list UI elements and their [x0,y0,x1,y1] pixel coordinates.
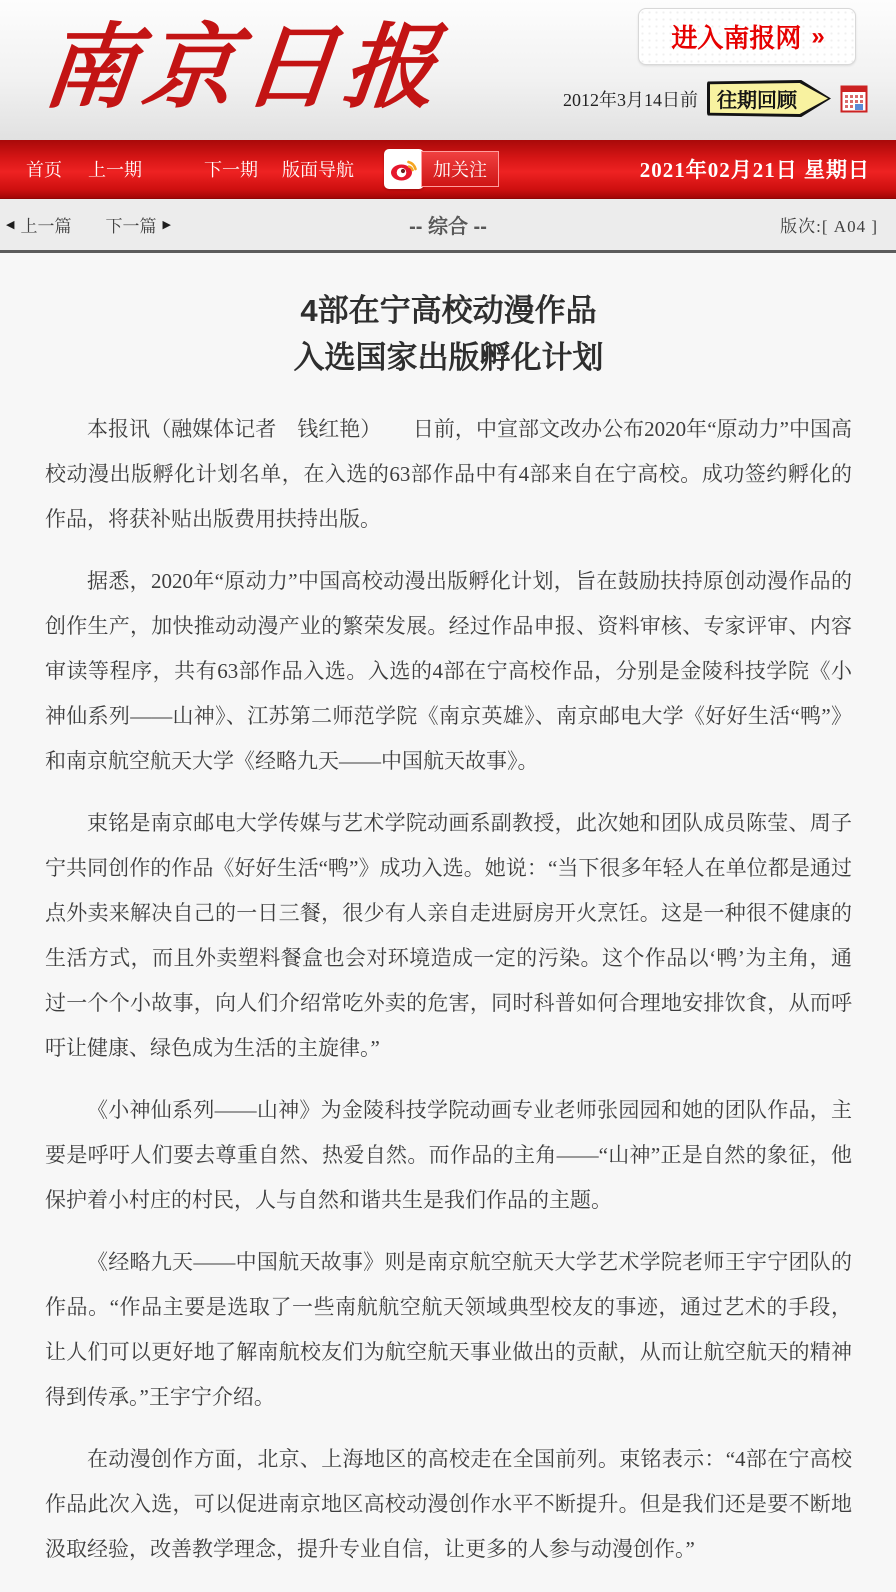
archive-row: 2012年3月14日前 往期回顾 [563,80,868,117]
prev-article-label: 上一篇 [20,212,71,237]
double-chevron-icon: » [811,23,822,51]
right-triangle-icon: ▶ [162,218,170,231]
article-title: 4部在宁高校动漫作品 入选国家出版孵化计划 [45,287,852,381]
article-paragraph: 《小神仙系列——山神》为金陵科技学院动画专业老师张园园和她的团队作品，主要是呼吁… [45,1088,852,1223]
nav-home[interactable]: 首页 [26,156,62,182]
next-article-label: 下一篇 [105,212,156,237]
enter-nanbao-button[interactable]: 进入南报网 » [638,8,856,65]
nav-next-issue[interactable]: 下一期 [204,156,258,182]
page-number: 版次:[ A04 ] [780,212,878,237]
article-body: 本报讯（融媒体记者 钱红艳） 日前，中宣部文改办公布2020年“原动力”中国高校… [45,407,852,1572]
archive-button[interactable]: 往期回顾 [707,80,831,117]
navbar: 首页 上一期 下一期 版面导航 加关注 2021年02月21日 星期日 [0,140,896,199]
weibo-icon[interactable] [384,149,424,189]
article-paragraph: 《经略九天——中国航天故事》则是南京航空航天大学艺术学院老师王宇宁团队的作品。“… [45,1240,852,1420]
archive-date-note: 2012年3月14日前 [563,86,698,112]
article-paragraph: 本报讯（融媒体记者 钱红艳） 日前，中宣部文改办公布2020年“原动力”中国高校… [45,407,852,542]
article-paragraph: 束铭是南京邮电大学传媒与艺术学院动画系副教授，此次她和团队成员陈莹、周子宁共同创… [45,801,852,1071]
nav-page-navigation[interactable]: 版面导航 [282,156,354,182]
article-paragraph: 在动漫创作方面，北京、上海地区的高校走在全国前列。束铭表示：“4部在宁高校作品此… [45,1437,852,1572]
calendar-icon[interactable] [840,85,868,113]
weibo-follow-button[interactable]: 加关注 [421,151,499,187]
article-paragraph: 据悉，2020年“原动力”中国高校动漫出版孵化计划，旨在鼓励扶持原创动漫作品的创… [45,559,852,784]
masthead: 南京日报 进入南报网 » 2012年3月14日前 往期回顾 [0,0,896,140]
issue-date: 2021年02月21日 星期日 [640,154,870,184]
article-title-line2: 入选国家出版孵化计划 [45,334,852,381]
archive-button-label: 往期回顾 [713,80,801,117]
article-nav-bar: ◀ 上一篇 下一篇 ▶ -- 综合 -- 版次:[ A04 ] [0,199,896,253]
left-triangle-icon: ◀ [6,218,14,231]
nav-previous-issue[interactable]: 上一期 [88,156,142,182]
article: 4部在宁高校动漫作品 入选国家出版孵化计划 本报讯（融媒体记者 钱红艳） 日前，… [0,253,896,1572]
prev-article-link[interactable]: ◀ 上一篇 [6,212,71,237]
next-article-link[interactable]: 下一篇 ▶ [105,212,170,237]
article-title-line1: 4部在宁高校动漫作品 [45,287,852,334]
enter-nanbao-label: 进入南报网 [671,18,801,55]
newspaper-logo: 南京日报 [37,4,450,132]
